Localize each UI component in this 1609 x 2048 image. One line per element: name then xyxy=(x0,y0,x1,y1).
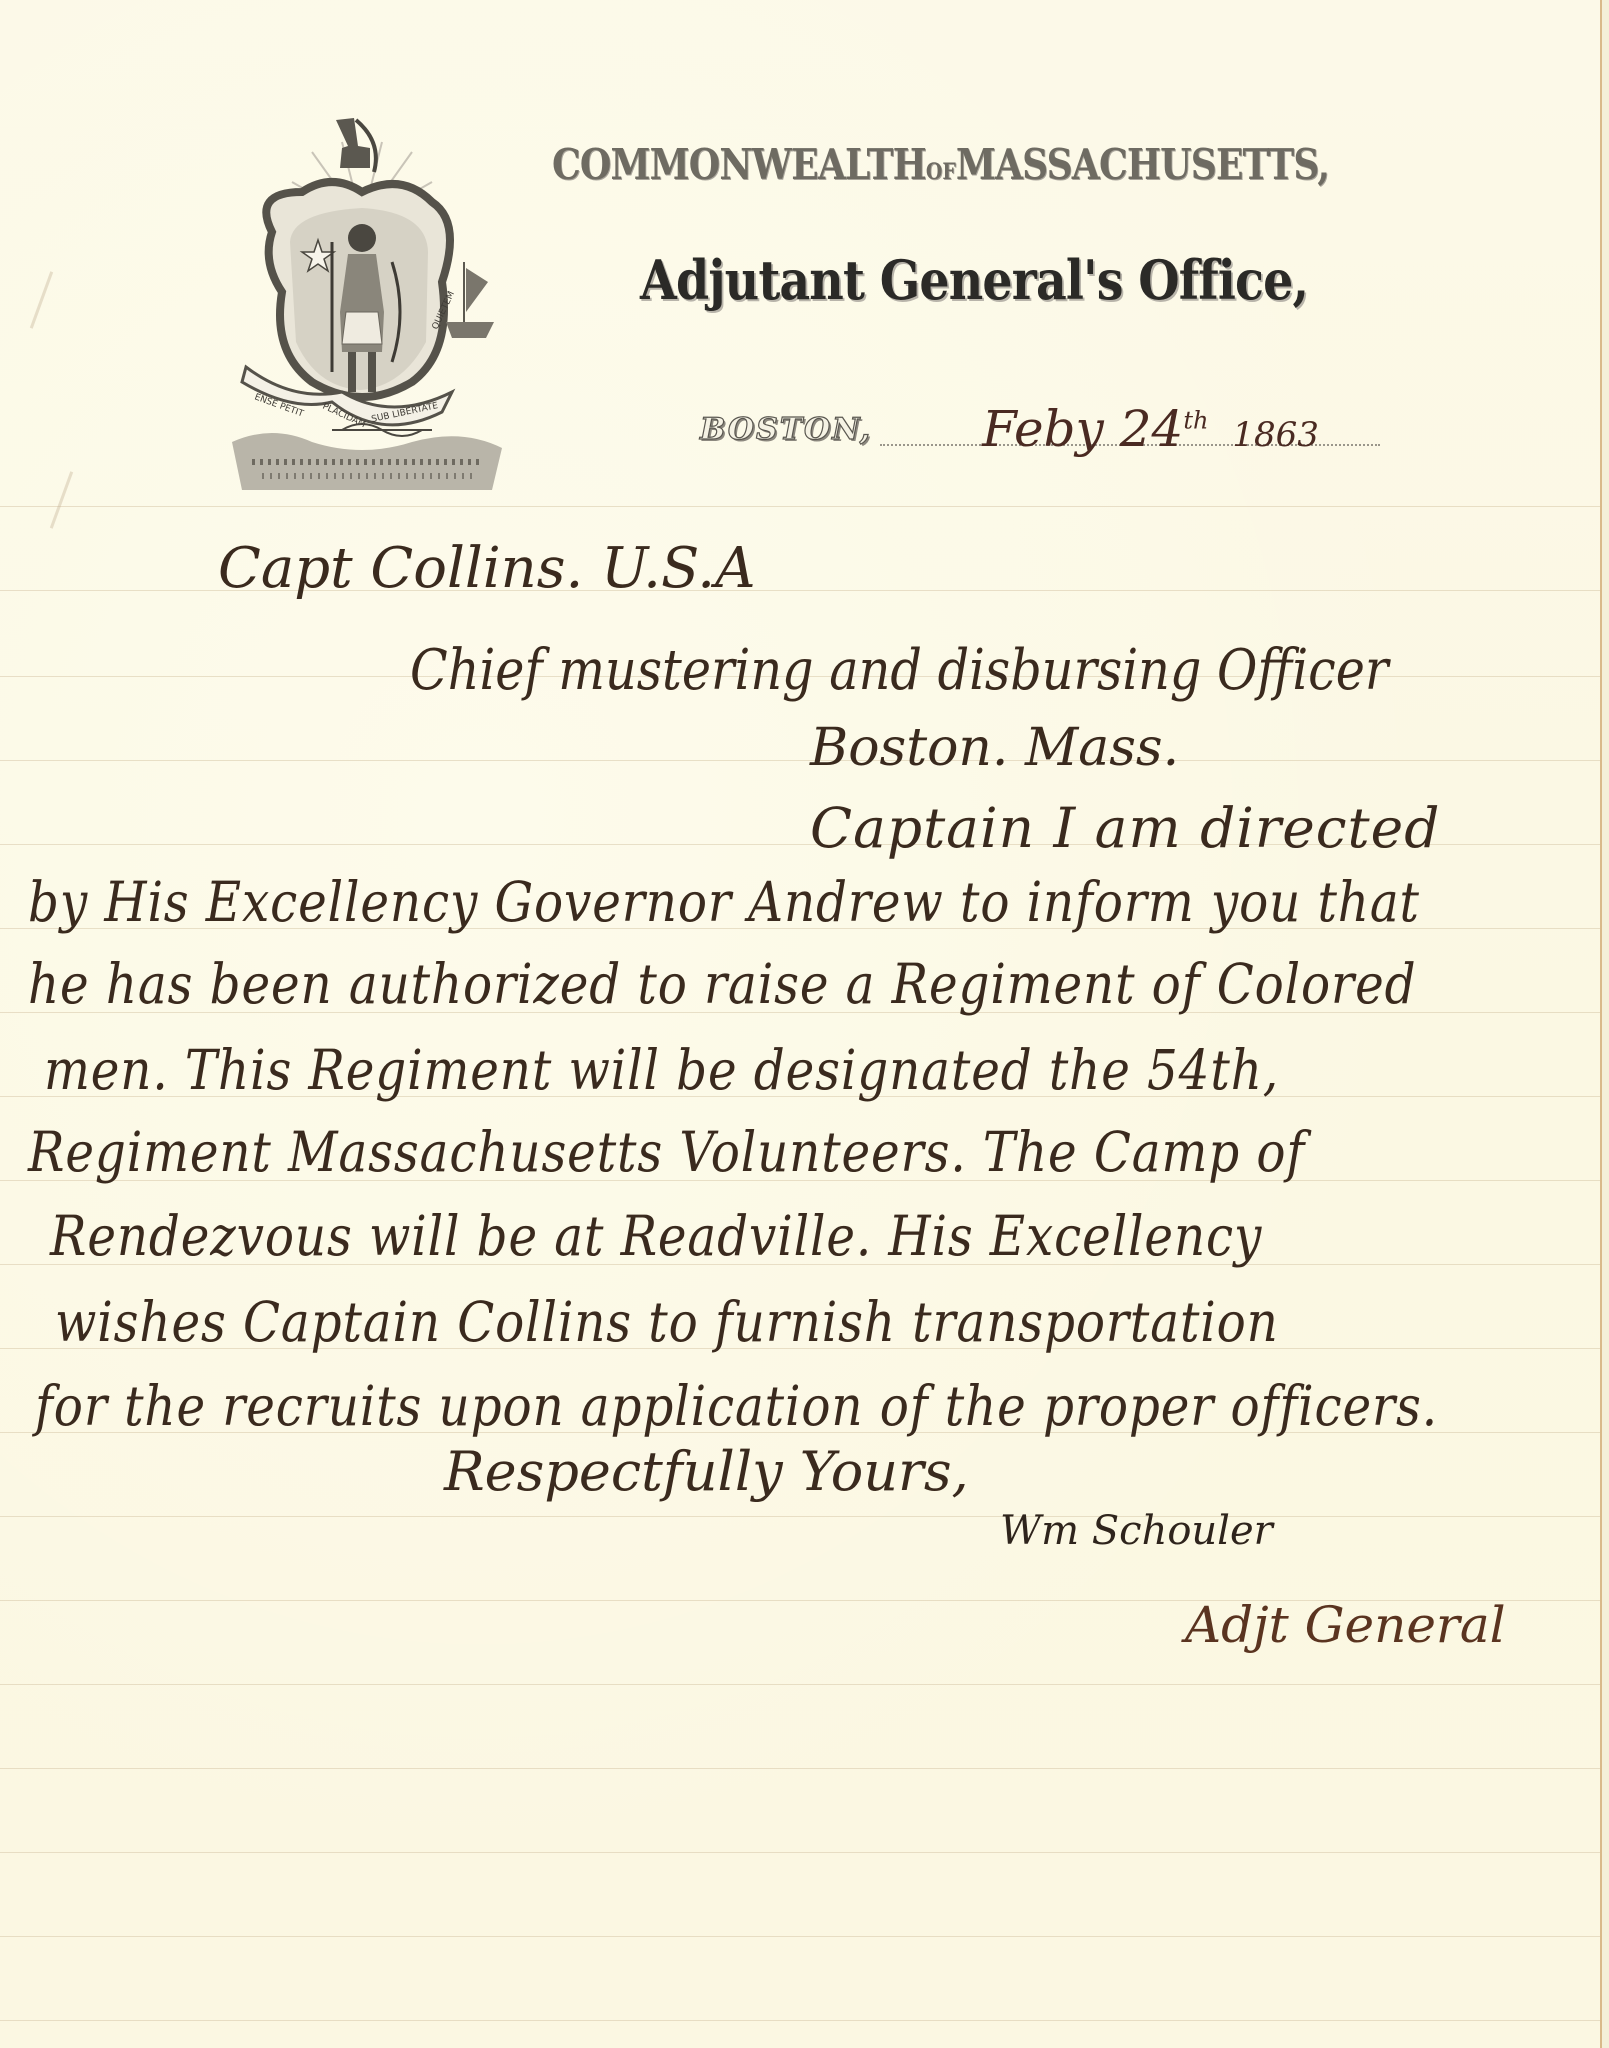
ruled-line xyxy=(0,1852,1600,1853)
body-line-text: for the recruits upon application of the… xyxy=(35,1374,1438,1438)
body-line: men. This Regiment will be designated th… xyxy=(44,1038,1447,1102)
letterhead-city: BOSTON, xyxy=(700,412,872,447)
letterhead-office-title: Adjutant General's Office, xyxy=(640,248,1308,312)
closing-salutation: Respectfully Yours, xyxy=(444,1440,969,1503)
letterhead-commonwealth-word: COMMONWEALTH xyxy=(552,140,926,189)
ruled-line xyxy=(0,1684,1600,1685)
ruled-line xyxy=(0,1768,1600,1769)
ruled-line xyxy=(0,760,1600,761)
recipient-title: Chief mustering and disbursing Officer xyxy=(410,638,1522,703)
body-line-text: men. This Regiment will be designated th… xyxy=(44,1038,1279,1102)
body-line: wishes Captain Collins to furnish transp… xyxy=(55,1290,1446,1354)
ruled-line xyxy=(0,506,1600,507)
recipient-name: Capt Collins. U.S.A xyxy=(218,536,756,601)
date-day-suffix: th xyxy=(1183,406,1208,434)
body-line-text: Regiment Massachusetts Volunteers. The C… xyxy=(28,1120,1305,1184)
signature: Wm Schouler xyxy=(1000,1508,1273,1554)
body-line: for the recruits upon application of the… xyxy=(35,1374,1609,1438)
ruled-line xyxy=(0,1516,1600,1517)
letterhead-commonwealth: COMMONWEALTHOFMASSACHUSETTS, xyxy=(552,140,1309,189)
body-line-text: by His Excellency Governor Andrew to inf… xyxy=(28,870,1420,934)
date-day: 24 xyxy=(1120,400,1184,458)
date-year: 1863 xyxy=(1232,415,1319,455)
recipient-title-text: Chief mustering and disbursing Officer xyxy=(410,638,1388,703)
letter-date: Feby 24th 1863 xyxy=(982,400,1319,458)
recipient-location: Boston. Mass. xyxy=(810,718,1179,778)
body-line: by His Excellency Governor Andrew to inf… xyxy=(28,870,1609,934)
ruled-line xyxy=(0,2020,1600,2021)
body-line: Rendezvous will be at Readville. His Exc… xyxy=(50,1204,1428,1268)
date-month: Feby xyxy=(982,400,1104,458)
massachusetts-state-seal-icon: ENSE PETIT PLACIDAM SUB LIBERTATE QUIETE… xyxy=(232,112,504,490)
letterhead-state: MASSACHUSETTS, xyxy=(956,140,1329,189)
letterhead-of: OF xyxy=(926,159,956,185)
body-line-text: Rendezvous will be at Readville. His Exc… xyxy=(50,1204,1262,1268)
signature-title: Adjt General xyxy=(1185,1596,1506,1654)
body-line-text: he has been authorized to raise a Regime… xyxy=(28,952,1416,1016)
body-line: he has been authorized to raise a Regime… xyxy=(28,952,1606,1016)
page-edge xyxy=(1602,0,1609,2048)
body-line: Regiment Massachusetts Volunteers. The C… xyxy=(28,1120,1479,1184)
body-line: Captain I am directed xyxy=(810,796,1440,860)
ruled-line xyxy=(0,1936,1600,1937)
body-line-text: wishes Captain Collins to furnish transp… xyxy=(55,1290,1279,1354)
